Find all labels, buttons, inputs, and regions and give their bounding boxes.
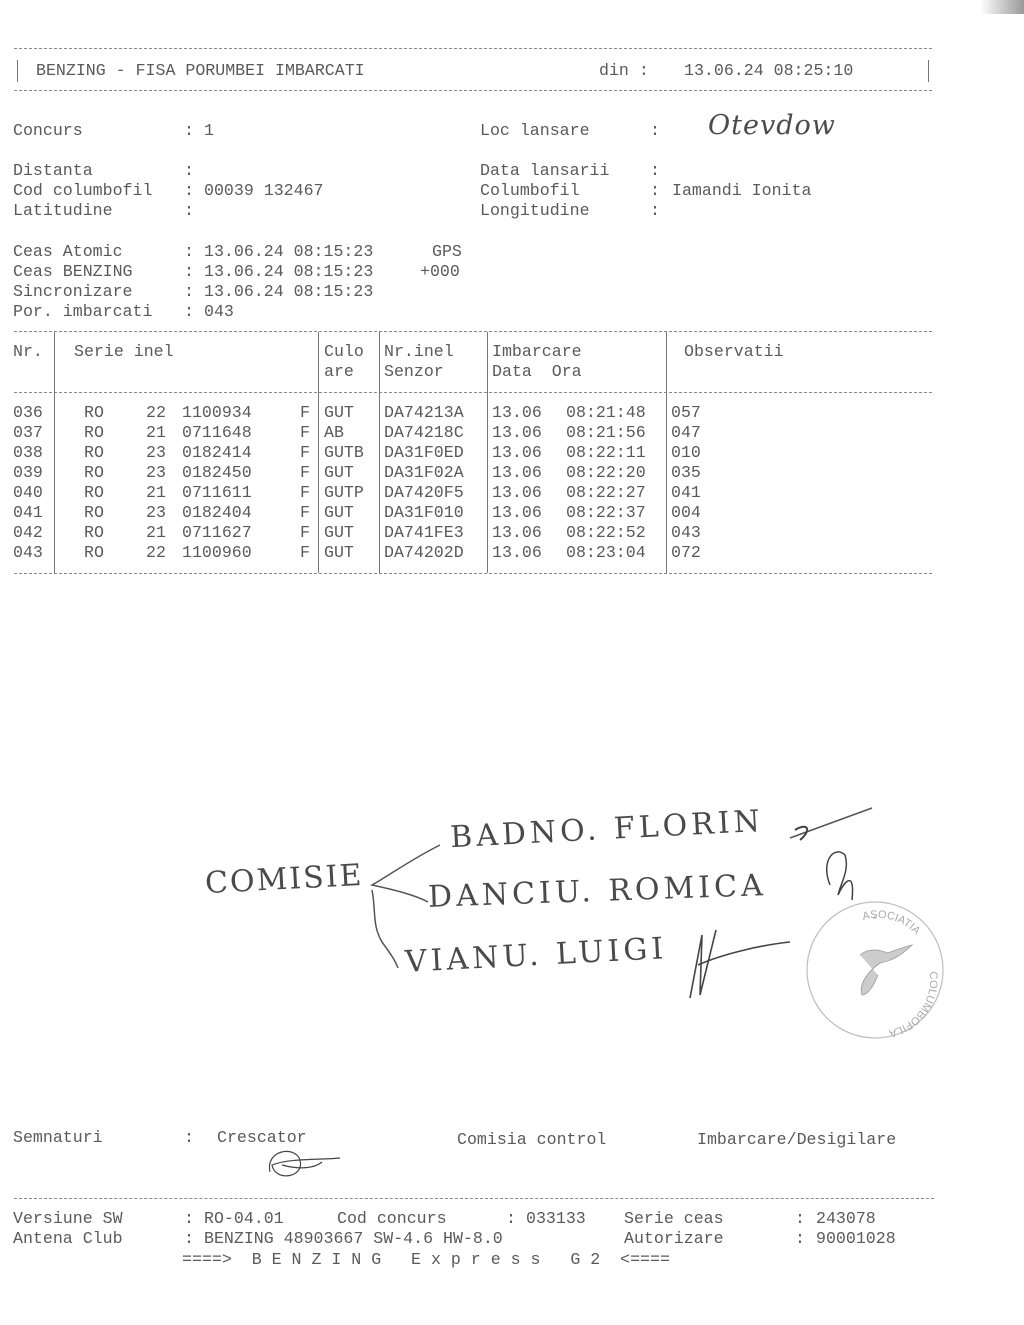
footer-label-cod-concurs: Cod concurs [337,1209,447,1229]
footer-value-serie-ceas: 243078 [816,1209,876,1229]
footer-value-antena: BENZING 48903667 SW-4.6 HW-8.0 [204,1229,503,1249]
footer-label-serie-ceas: Serie ceas [624,1209,724,1229]
footer-value-cod-concurs: 033133 [526,1209,586,1229]
footer-value-versiune: RO-04.01 [204,1209,284,1229]
field-sep: : [506,1209,516,1229]
field-sep: : [795,1209,805,1229]
svg-text:ASOCIATIA: ASOCIATIA [861,909,923,938]
field-sep: : [184,1209,194,1229]
stamp-icon: ASOCIATIA COLUMBOFILA * [800,895,960,1040]
svg-text:COLUMBOFILA: COLUMBOFILA [887,971,939,1039]
footer-label-autorizare: Autorizare [624,1229,724,1249]
footer-label-antena: Antena Club [13,1229,123,1249]
field-sep: : [184,1229,194,1249]
footer-banner: ====> B E N Z I N G E x p r e s s G 2 <=… [182,1250,670,1270]
svg-text:*: * [872,915,878,927]
signature-crescator-label: Crescator [217,1128,307,1148]
footer-value-autorizare: 90001028 [816,1229,896,1249]
field-sep: : [795,1229,805,1249]
signatures-label: Semnaturi [13,1128,103,1148]
signature-imbarcare-label: Imbarcare/Desigilare [697,1130,896,1150]
field-sep: : [184,1128,194,1148]
commission-bracket-icon [0,0,1024,1325]
signature-comisia-label: Comisia control [457,1130,606,1150]
footer-label-versiune: Versiune SW [13,1209,123,1229]
signatures-divider [14,1198,934,1199]
